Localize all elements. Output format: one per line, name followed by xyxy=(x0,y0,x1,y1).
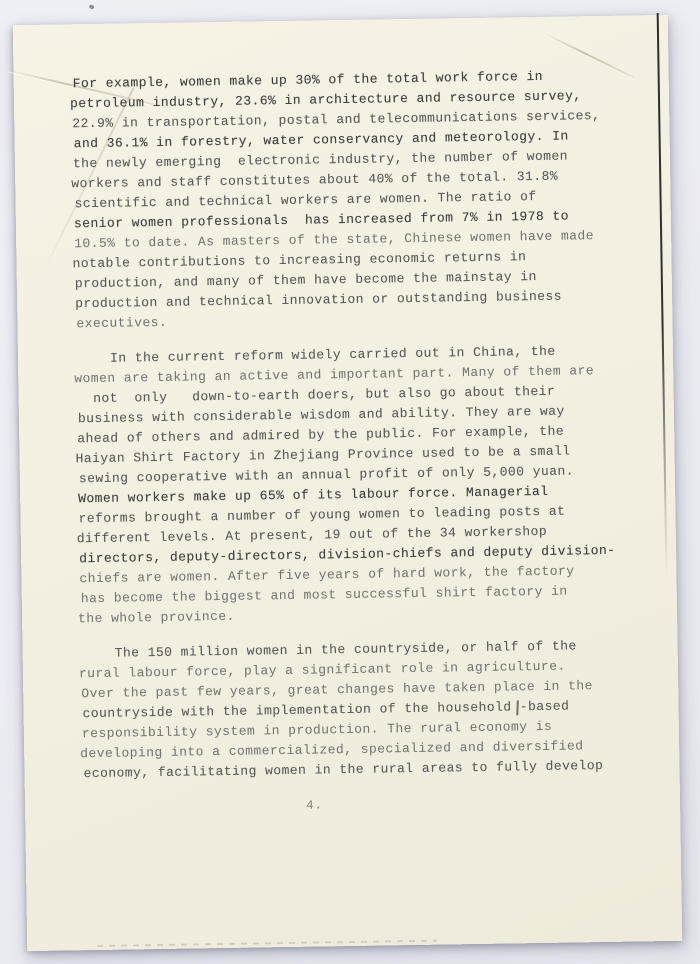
photocopy-edge-mark xyxy=(656,13,667,578)
paragraph-reform-shirt-factory: In the current reform widely carried out… xyxy=(76,340,641,629)
page-number: 4. xyxy=(306,790,644,815)
bottom-edge-smudge xyxy=(97,939,437,947)
paragraph-rural-women: The 150 million women in the countryside… xyxy=(80,635,643,784)
dust-speck xyxy=(88,4,94,10)
document-page: For example, women make up 30% of the to… xyxy=(13,15,682,951)
typewritten-text: For example, women make up 30% of the to… xyxy=(72,65,645,819)
paragraph-workforce-statistics: For example, women make up 30% of the to… xyxy=(72,65,637,334)
scan-background: For example, women make up 30% of the to… xyxy=(0,0,700,964)
